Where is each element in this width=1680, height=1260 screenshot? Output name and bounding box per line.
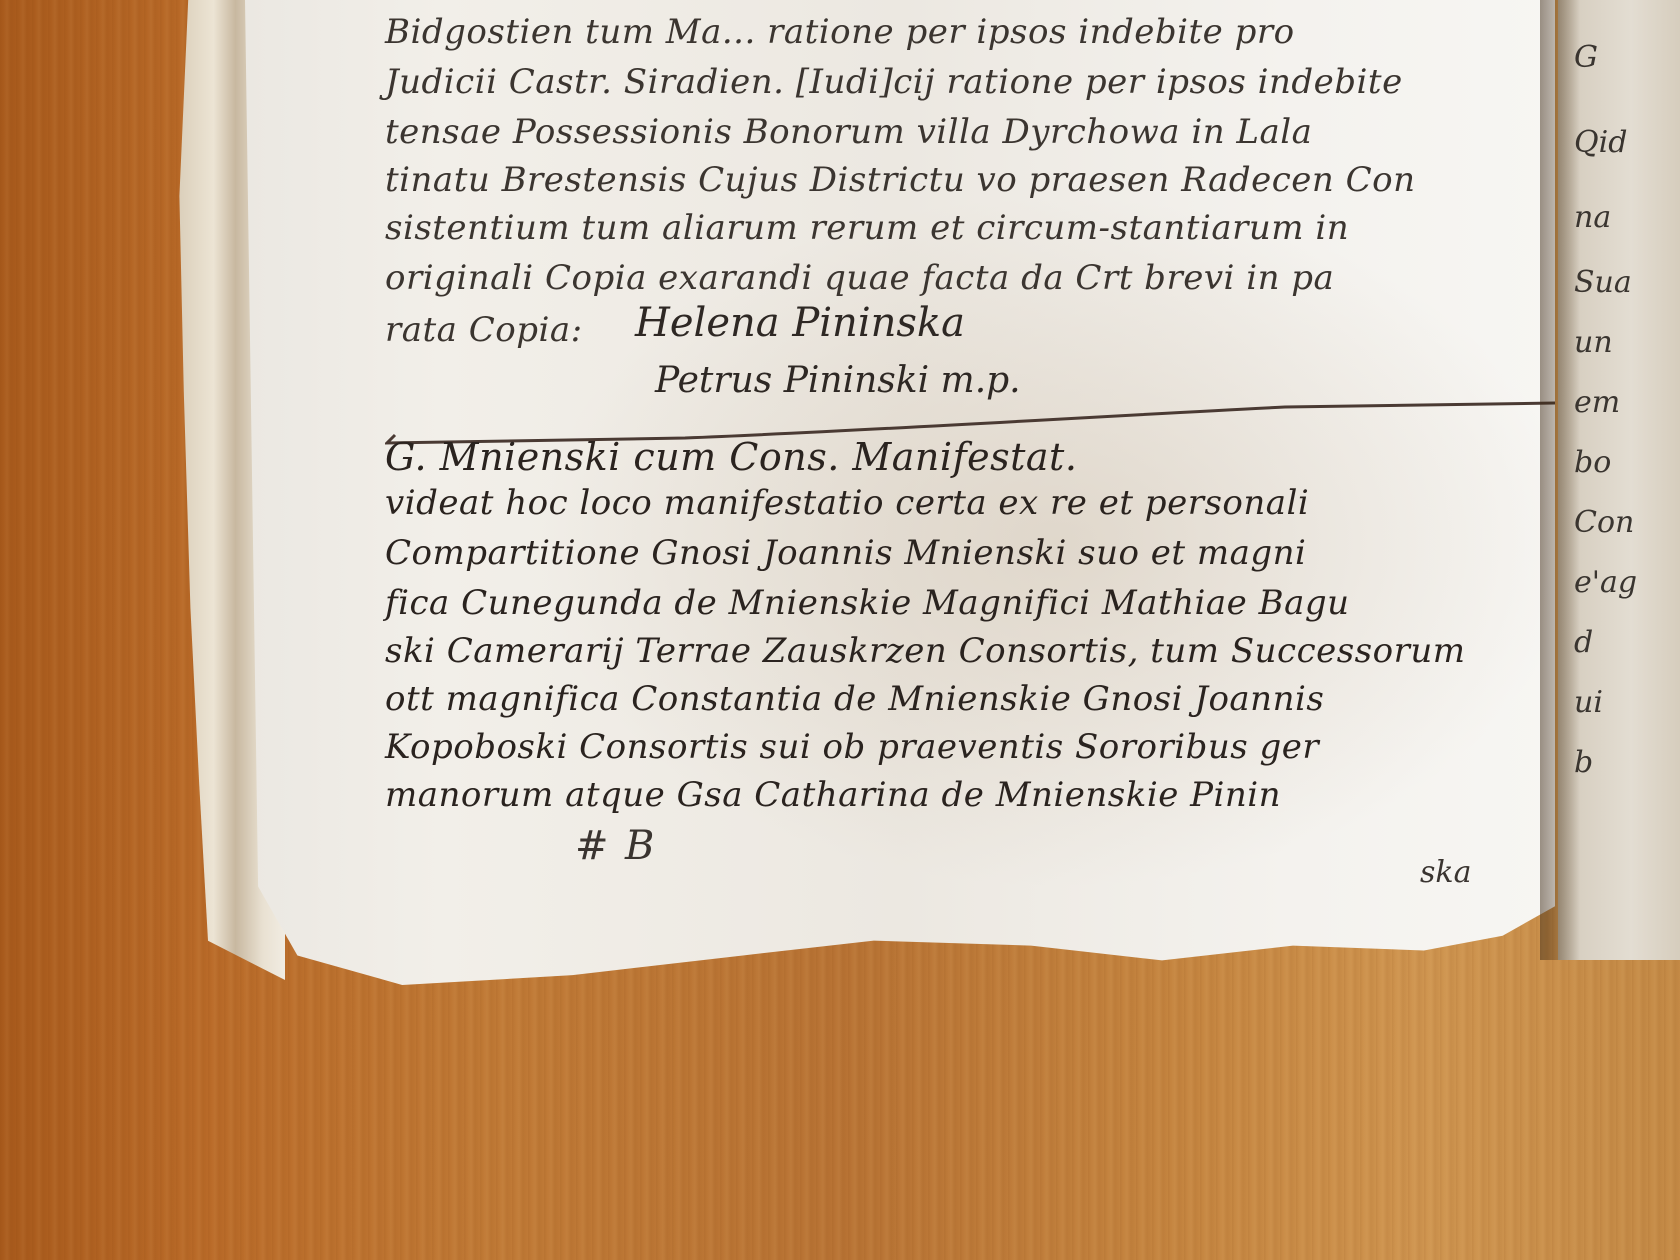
text-line: Judicii Castr. Siradien. [Iudi]cij ratio… bbox=[385, 62, 1403, 102]
facing-page-text: em bbox=[1574, 385, 1620, 420]
page-gutter-shadow bbox=[1540, 0, 1580, 960]
facing-page-text: Qid bbox=[1574, 125, 1627, 160]
signature-helena: Helena Pininska bbox=[635, 300, 965, 346]
text-line: manorum atque Gsa Catharina de Mnienskie… bbox=[385, 775, 1281, 815]
text-line: fica Cunegunda de Mnienskie Magnifici Ma… bbox=[385, 583, 1350, 623]
text-line: ott magnifica Constantia de Mnienskie Gn… bbox=[385, 679, 1324, 719]
text-line: tinatu Brestensis Cujus Districtu vo pra… bbox=[385, 160, 1416, 200]
marginal-hash-mark: # bbox=[575, 823, 609, 869]
entry-heading: G. Mnienski cum Cons. Manifestat. bbox=[385, 435, 1077, 479]
facing-page-text: e'ag bbox=[1574, 565, 1637, 600]
text-line: tensae Possessionis Bonorum villa Dyrcho… bbox=[385, 112, 1312, 152]
text-line: Bidgostien tum Ma... ratione per ipsos i… bbox=[385, 12, 1295, 52]
upper-entry: Bidgostien tum Ma... ratione per ipsos i… bbox=[385, 0, 1545, 420]
facing-page-text: Con bbox=[1574, 505, 1634, 540]
text-line: originali Copia exarandi quae facta da C… bbox=[385, 258, 1334, 298]
catchword: ska bbox=[1420, 855, 1471, 890]
text-line: sistentium tum aliarum rerum et circum-s… bbox=[385, 208, 1349, 248]
facing-page-text: Sua bbox=[1574, 265, 1632, 300]
text-line: rata Copia: bbox=[385, 310, 583, 350]
lower-entry: G. Mnienski cum Cons. Manifestat. videat… bbox=[385, 435, 1545, 865]
text-line: videat hoc loco manifestatio certa ex re… bbox=[385, 483, 1309, 523]
manuscript-page: Bidgostien tum Ma... ratione per ipsos i… bbox=[245, 0, 1555, 985]
marginal-letter-mark: B bbox=[625, 823, 654, 869]
text-line: ski Camerarij Terrae Zauskrzen Consortis… bbox=[385, 631, 1466, 671]
text-line: Kopoboski Consortis sui ob praeventis So… bbox=[385, 727, 1319, 767]
text-line: Compartitione Gnosi Joannis Mnienski suo… bbox=[385, 533, 1306, 573]
